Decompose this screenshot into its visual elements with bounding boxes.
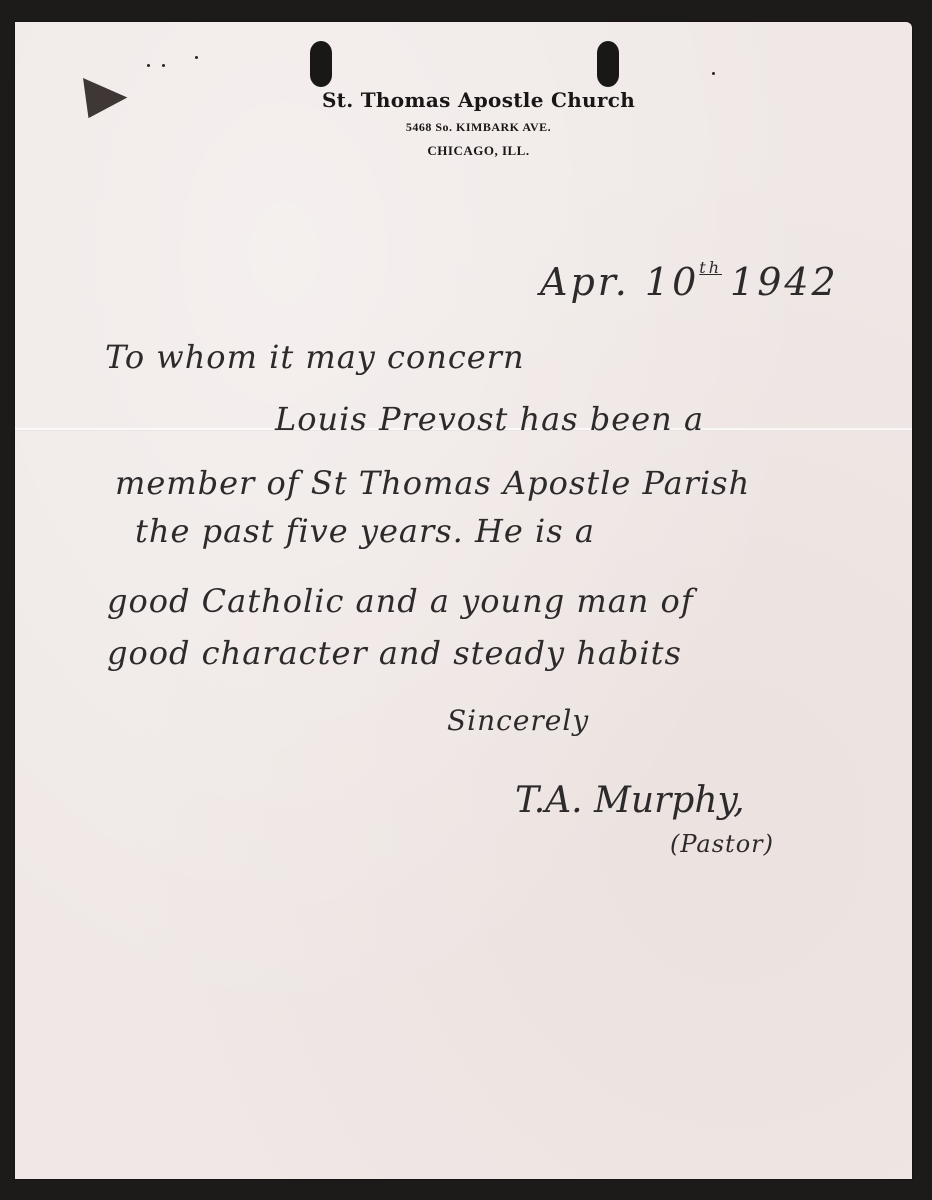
date-month-day: Apr. 10: [540, 260, 699, 304]
binder-hole-left: [310, 41, 332, 87]
ink-speck: [195, 56, 198, 59]
ink-speck: [162, 64, 165, 67]
letterhead: St. Thomas Apostle Church 5468 So. KIMBA…: [15, 88, 912, 159]
salutation: To whom it may concern: [105, 338, 525, 376]
body-line: the past five years. He is a: [135, 512, 595, 550]
letter-date: Apr. 10th1942: [540, 258, 839, 304]
church-name: St. Thomas Apostle Church: [45, 88, 912, 112]
closing: Sincerely: [447, 704, 589, 737]
church-address: 5468 So. KIMBARK AVE.: [45, 120, 912, 135]
ink-speck: [712, 72, 715, 75]
church-city: CHICAGO, ILL.: [45, 143, 912, 159]
ink-speck: [147, 64, 150, 67]
body-line: good character and steady habits: [107, 634, 682, 672]
body-line: good Catholic and a young man of: [107, 582, 694, 620]
body-line: Louis Prevost has been a: [275, 400, 704, 438]
binder-hole-right: [597, 41, 619, 87]
signature: T.A. Murphy,: [515, 780, 745, 821]
body-line: member of St Thomas Apostle Parish: [115, 464, 750, 502]
letter-paper: St. Thomas Apostle Church 5468 So. KIMBA…: [15, 22, 912, 1179]
date-year: 1942: [730, 260, 839, 304]
date-ordinal: th: [699, 258, 722, 277]
signer-title: (Pastor): [670, 830, 774, 858]
